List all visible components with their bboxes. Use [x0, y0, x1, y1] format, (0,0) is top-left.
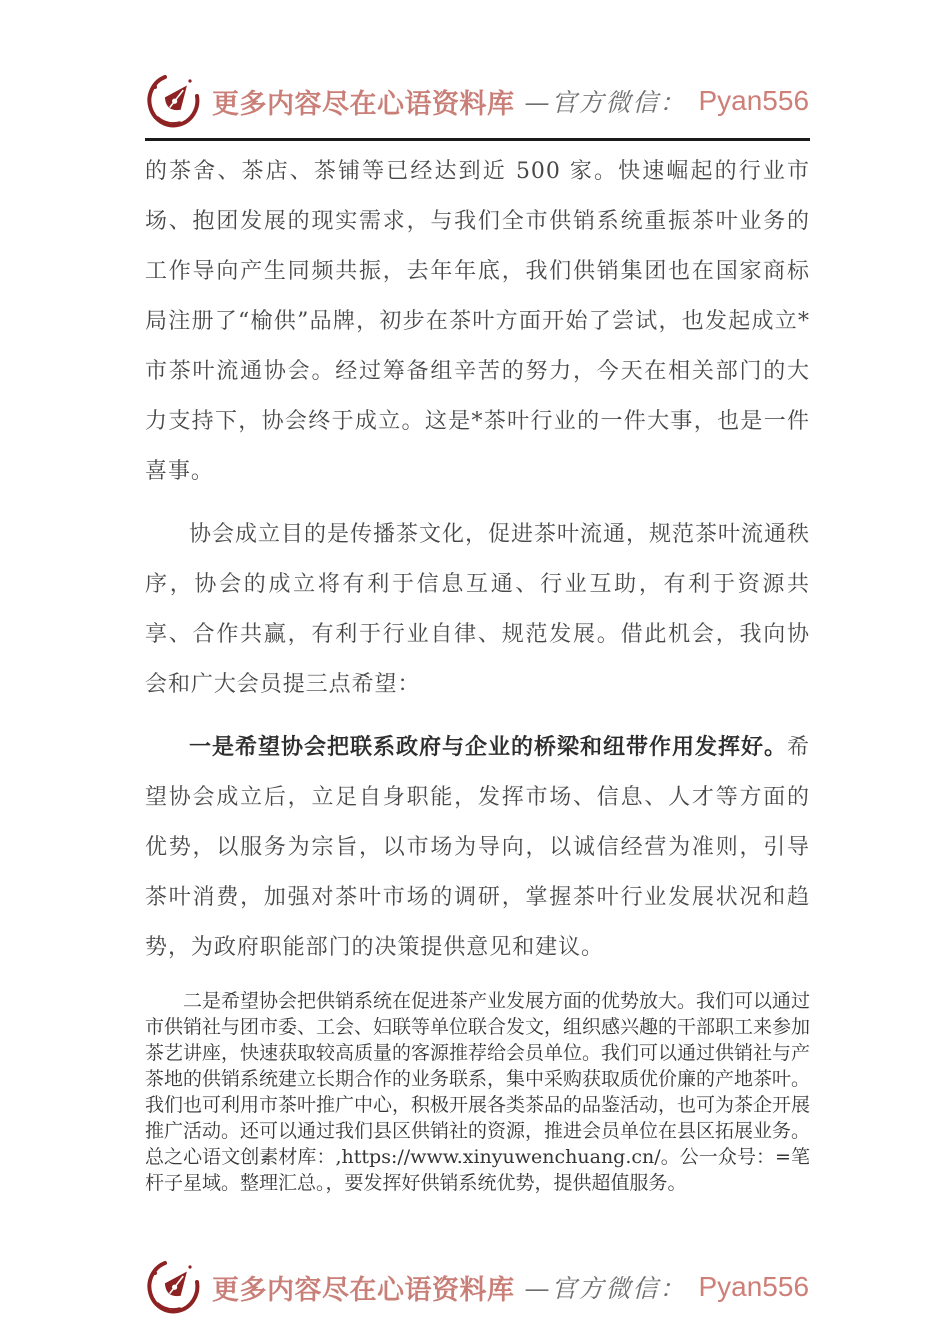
- footer-brandline: 更多内容尽在心语资料库 —官方微信： Pyan556: [145, 1258, 810, 1316]
- wechat-id: Pyan556: [698, 1271, 809, 1303]
- wechat-label: —官方微信：: [524, 83, 686, 119]
- document-page: 更多内容尽在心语资料库 —官方微信： Pyan556 的茶舍、茶店、茶铺等已经达…: [0, 0, 950, 1344]
- page-header: 更多内容尽在心语资料库 —官方微信： Pyan556: [145, 72, 810, 141]
- brand-text: 更多内容尽在心语资料库: [212, 82, 515, 121]
- paragraph-3-bold-lead: 一是希望协会把联系政府与企业的桥梁和纽带作用发挥好。: [189, 735, 787, 760]
- page-footer: 更多内容尽在心语资料库 —官方微信： Pyan556: [145, 1258, 810, 1316]
- wechat-id: Pyan556: [698, 85, 809, 117]
- paragraph-4: 二是希望协会把供销系统在促进茶产业发展方面的优势放大。我们可以通过市供销社与团市…: [145, 988, 810, 1196]
- brand-text: 更多内容尽在心语资料库: [212, 1268, 515, 1307]
- wechat-label: —官方微信：: [524, 1269, 686, 1305]
- pen-nib-logo-icon: [146, 72, 202, 130]
- header-brandline: 更多内容尽在心语资料库 —官方微信： Pyan556: [145, 72, 810, 130]
- header-divider: [145, 138, 810, 141]
- paragraph-3-text: 希望协会成立后，立足自身职能，发挥市场、信息、人才等方面的优势，以服务为宗旨，以…: [145, 735, 810, 960]
- pen-nib-logo-icon: [146, 1258, 202, 1316]
- paragraph-3: 一是希望协会把联系政府与企业的桥梁和纽带作用发挥好。希望协会成立后，立足自身职能…: [145, 723, 810, 973]
- document-body: 的茶舍、茶店、茶铺等已经达到近 500 家。快速崛起的行业市场、抱团发展的现实需…: [145, 147, 810, 1196]
- paragraph-1: 的茶舍、茶店、茶铺等已经达到近 500 家。快速崛起的行业市场、抱团发展的现实需…: [145, 147, 810, 497]
- paragraph-2: 协会成立目的是传播茶文化，促进茶叶流通，规范茶叶流通秩序，协会的成立将有利于信息…: [145, 510, 810, 710]
